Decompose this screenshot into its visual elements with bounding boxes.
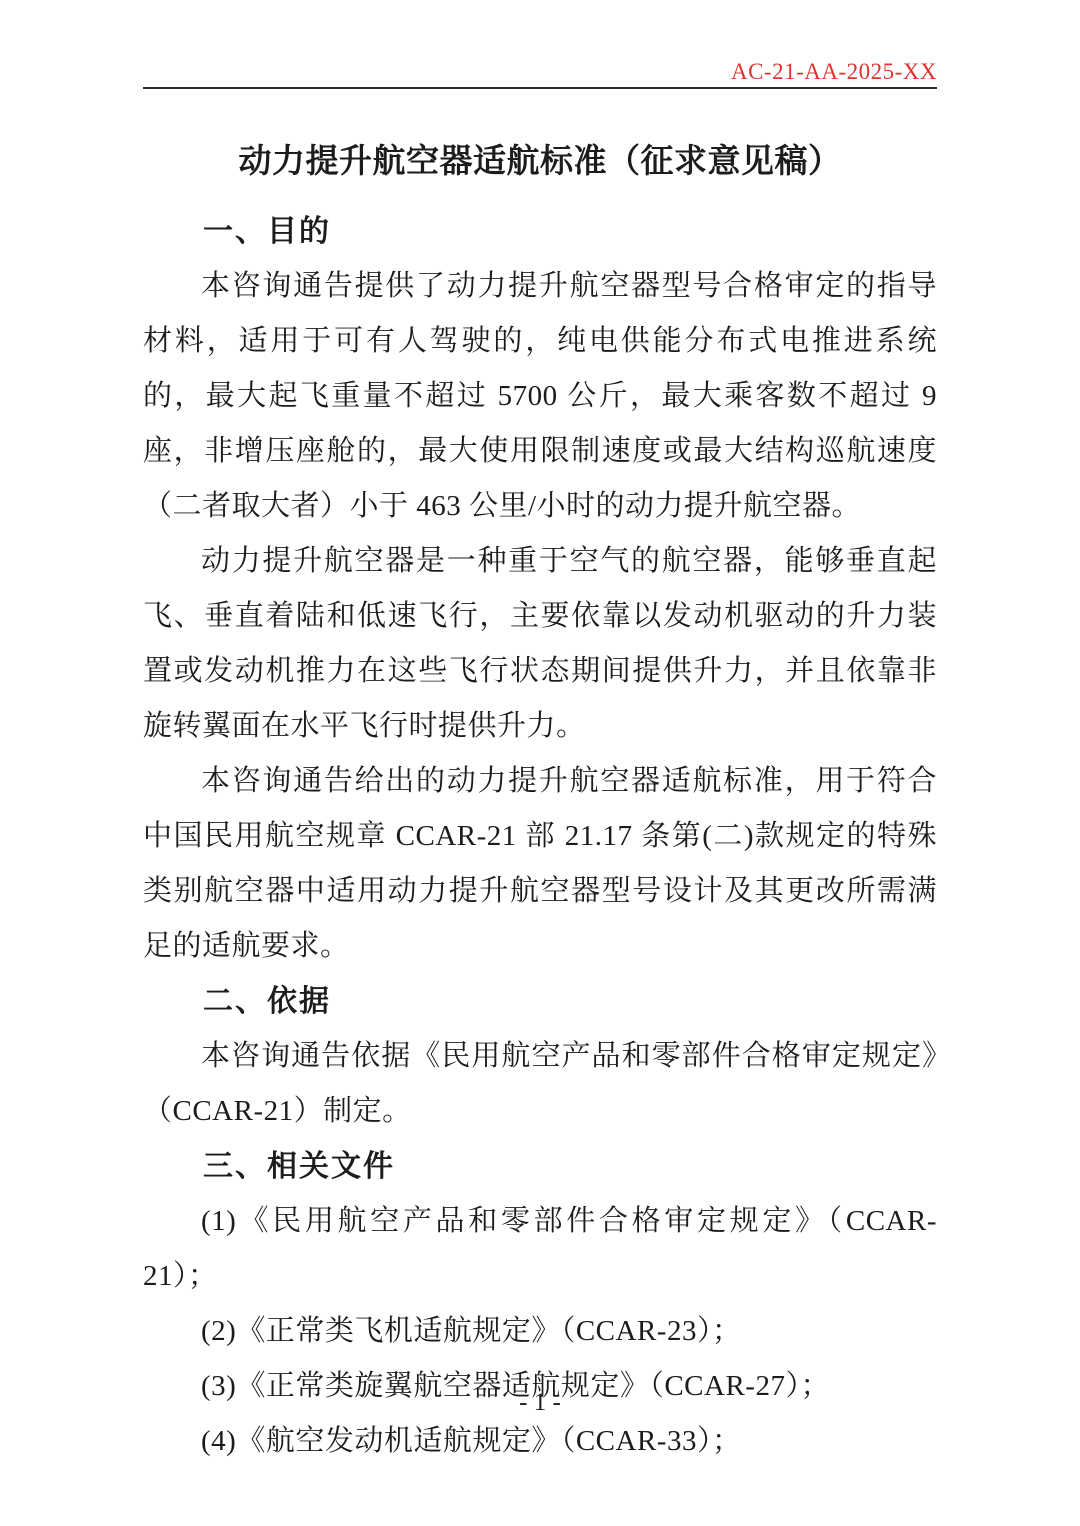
paragraph-basis-1: 本咨询通告依据《民用航空产品和零部件合格审定规定》（CCAR-21）制定。 bbox=[143, 1029, 937, 1139]
paragraph-purpose-2: 动力提升航空器是一种重于空气的航空器，能够垂直起飞、垂直着陆和低速飞行，主要依靠… bbox=[143, 534, 937, 754]
document-title: 动力提升航空器适航标准（征求意见稿） bbox=[143, 137, 937, 187]
related-document-item-4: (4)《航空发动机适航规定》（CCAR-33）； bbox=[143, 1414, 937, 1469]
section-heading-purpose: 一、目的 bbox=[143, 204, 937, 259]
header-rule bbox=[143, 87, 937, 89]
paragraph-purpose-3: 本咨询通告给出的动力提升航空器适航标准，用于符合中国民用航空规章 CCAR-21… bbox=[143, 754, 937, 974]
related-document-item-1: (1)《民用航空产品和零部件合格审定规定》（CCAR-21）； bbox=[143, 1194, 937, 1304]
document-page: AC-21-AA-2025-XX 动力提升航空器适航标准（征求意见稿） 一、目的… bbox=[0, 0, 1080, 1526]
page-number: - 1 - bbox=[0, 1388, 1080, 1418]
section-heading-related-documents: 三、相关文件 bbox=[143, 1139, 937, 1194]
related-document-item-2: (2)《正常类飞机适航规定》（CCAR-23）； bbox=[143, 1304, 937, 1359]
doc-number: AC-21-AA-2025-XX bbox=[143, 59, 937, 84]
document-body: 一、目的 本咨询通告提供了动力提升航空器型号合格审定的指导材料，适用于可有人驾驶… bbox=[143, 204, 937, 1469]
paragraph-purpose-1: 本咨询通告提供了动力提升航空器型号合格审定的指导材料，适用于可有人驾驶的，纯电供… bbox=[143, 259, 937, 534]
section-heading-basis: 二、依据 bbox=[143, 974, 937, 1029]
